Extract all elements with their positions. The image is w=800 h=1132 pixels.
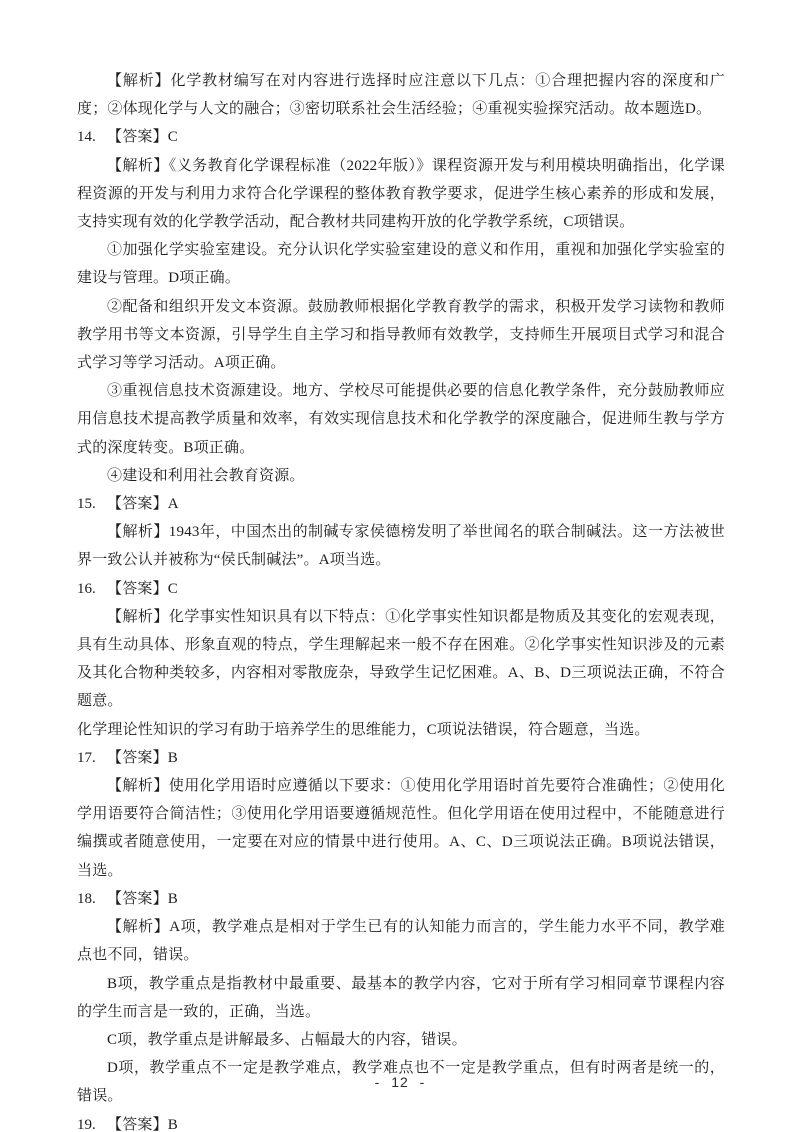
answer-line: 15.【答案】A [77,490,725,518]
analysis-paragraph: C项，教学重点是讲解最多、占幅最大的内容，错误。 [77,1026,725,1054]
document-page: 【解析】化学教材编写在对内容进行选择时应注意以下几点：①合理把握内容的深度和广度… [0,0,800,1132]
answer-label: 【答案】B [107,885,178,913]
item-number: 18. [77,885,107,913]
page-footer: - 12 - [0,1074,800,1090]
item-number: 15. [77,490,107,518]
answer-label: 【答案】B [107,744,178,772]
analysis-paragraph: 【解析】1943年，中国杰出的制碱专家侯德榜发明了举世闻名的联合制碱法。这一方法… [77,518,725,574]
page-number: - 12 - [375,1074,426,1090]
analysis-paragraph: B项，教学重点是指教材中最重要、最基本的教学内容，它对于所有学习相同章节课程内容… [77,970,725,1026]
analysis-paragraph: 【解析】A项，教学难点是相对于学生已有的认知能力而言的，学生能力水平不同，教学难… [77,913,725,969]
item-number: 19. [77,1111,107,1132]
answer-line: 17.【答案】B [77,744,725,772]
analysis-paragraph: ④建设和利用社会教育资源。 [77,462,725,490]
answer-label: 【答案】A [107,490,179,518]
item-number: 17. [77,744,107,772]
analysis-paragraph: ②配备和组织开发文本资源。鼓励教师根据化学教育教学的需求，积极开发学习读物和教师… [77,293,725,378]
answer-label: 【答案】B [107,1111,178,1132]
item-number: 16. [77,575,107,603]
analysis-paragraph: 【解析】《义务教育化学课程标准（2022年版）》课程资源开发与利用模块明确指出，… [77,152,725,237]
answer-label: 【答案】C [107,123,178,151]
analysis-paragraph: 【解析】化学教材编写在对内容进行选择时应注意以下几点：①合理把握内容的深度和广度… [77,67,725,123]
analysis-paragraph: 【解析】化学事实性知识具有以下特点：①化学事实性知识都是物质及其变化的宏观表现，… [77,603,725,716]
answer-line: 16.【答案】C [77,575,725,603]
answer-label: 【答案】C [107,575,178,603]
answer-line: 18.【答案】B [77,885,725,913]
analysis-paragraph: ③重视信息技术资源建设。地方、学校尽可能提供必要的信息化教学条件，充分鼓励教师应… [77,377,725,462]
item-number: 14. [77,123,107,151]
analysis-paragraph: 化学理论性知识的学习有助于培养学生的思维能力，C项说法错误，符合题意，当选。 [77,716,725,744]
answer-line: 14.【答案】C [77,123,725,151]
analysis-paragraph: ①加强化学实验室建设。充分认识化学实验室建设的意义和作用，重视和加强化学实验室的… [77,236,725,292]
document-body: 【解析】化学教材编写在对内容进行选择时应注意以下几点：①合理把握内容的深度和广度… [77,67,725,1132]
answer-line: 19.【答案】B [77,1111,725,1132]
analysis-paragraph: 【解析】使用化学用语时应遵循以下要求：①使用化学用语时首先要符合准确性；②使用化… [77,772,725,885]
